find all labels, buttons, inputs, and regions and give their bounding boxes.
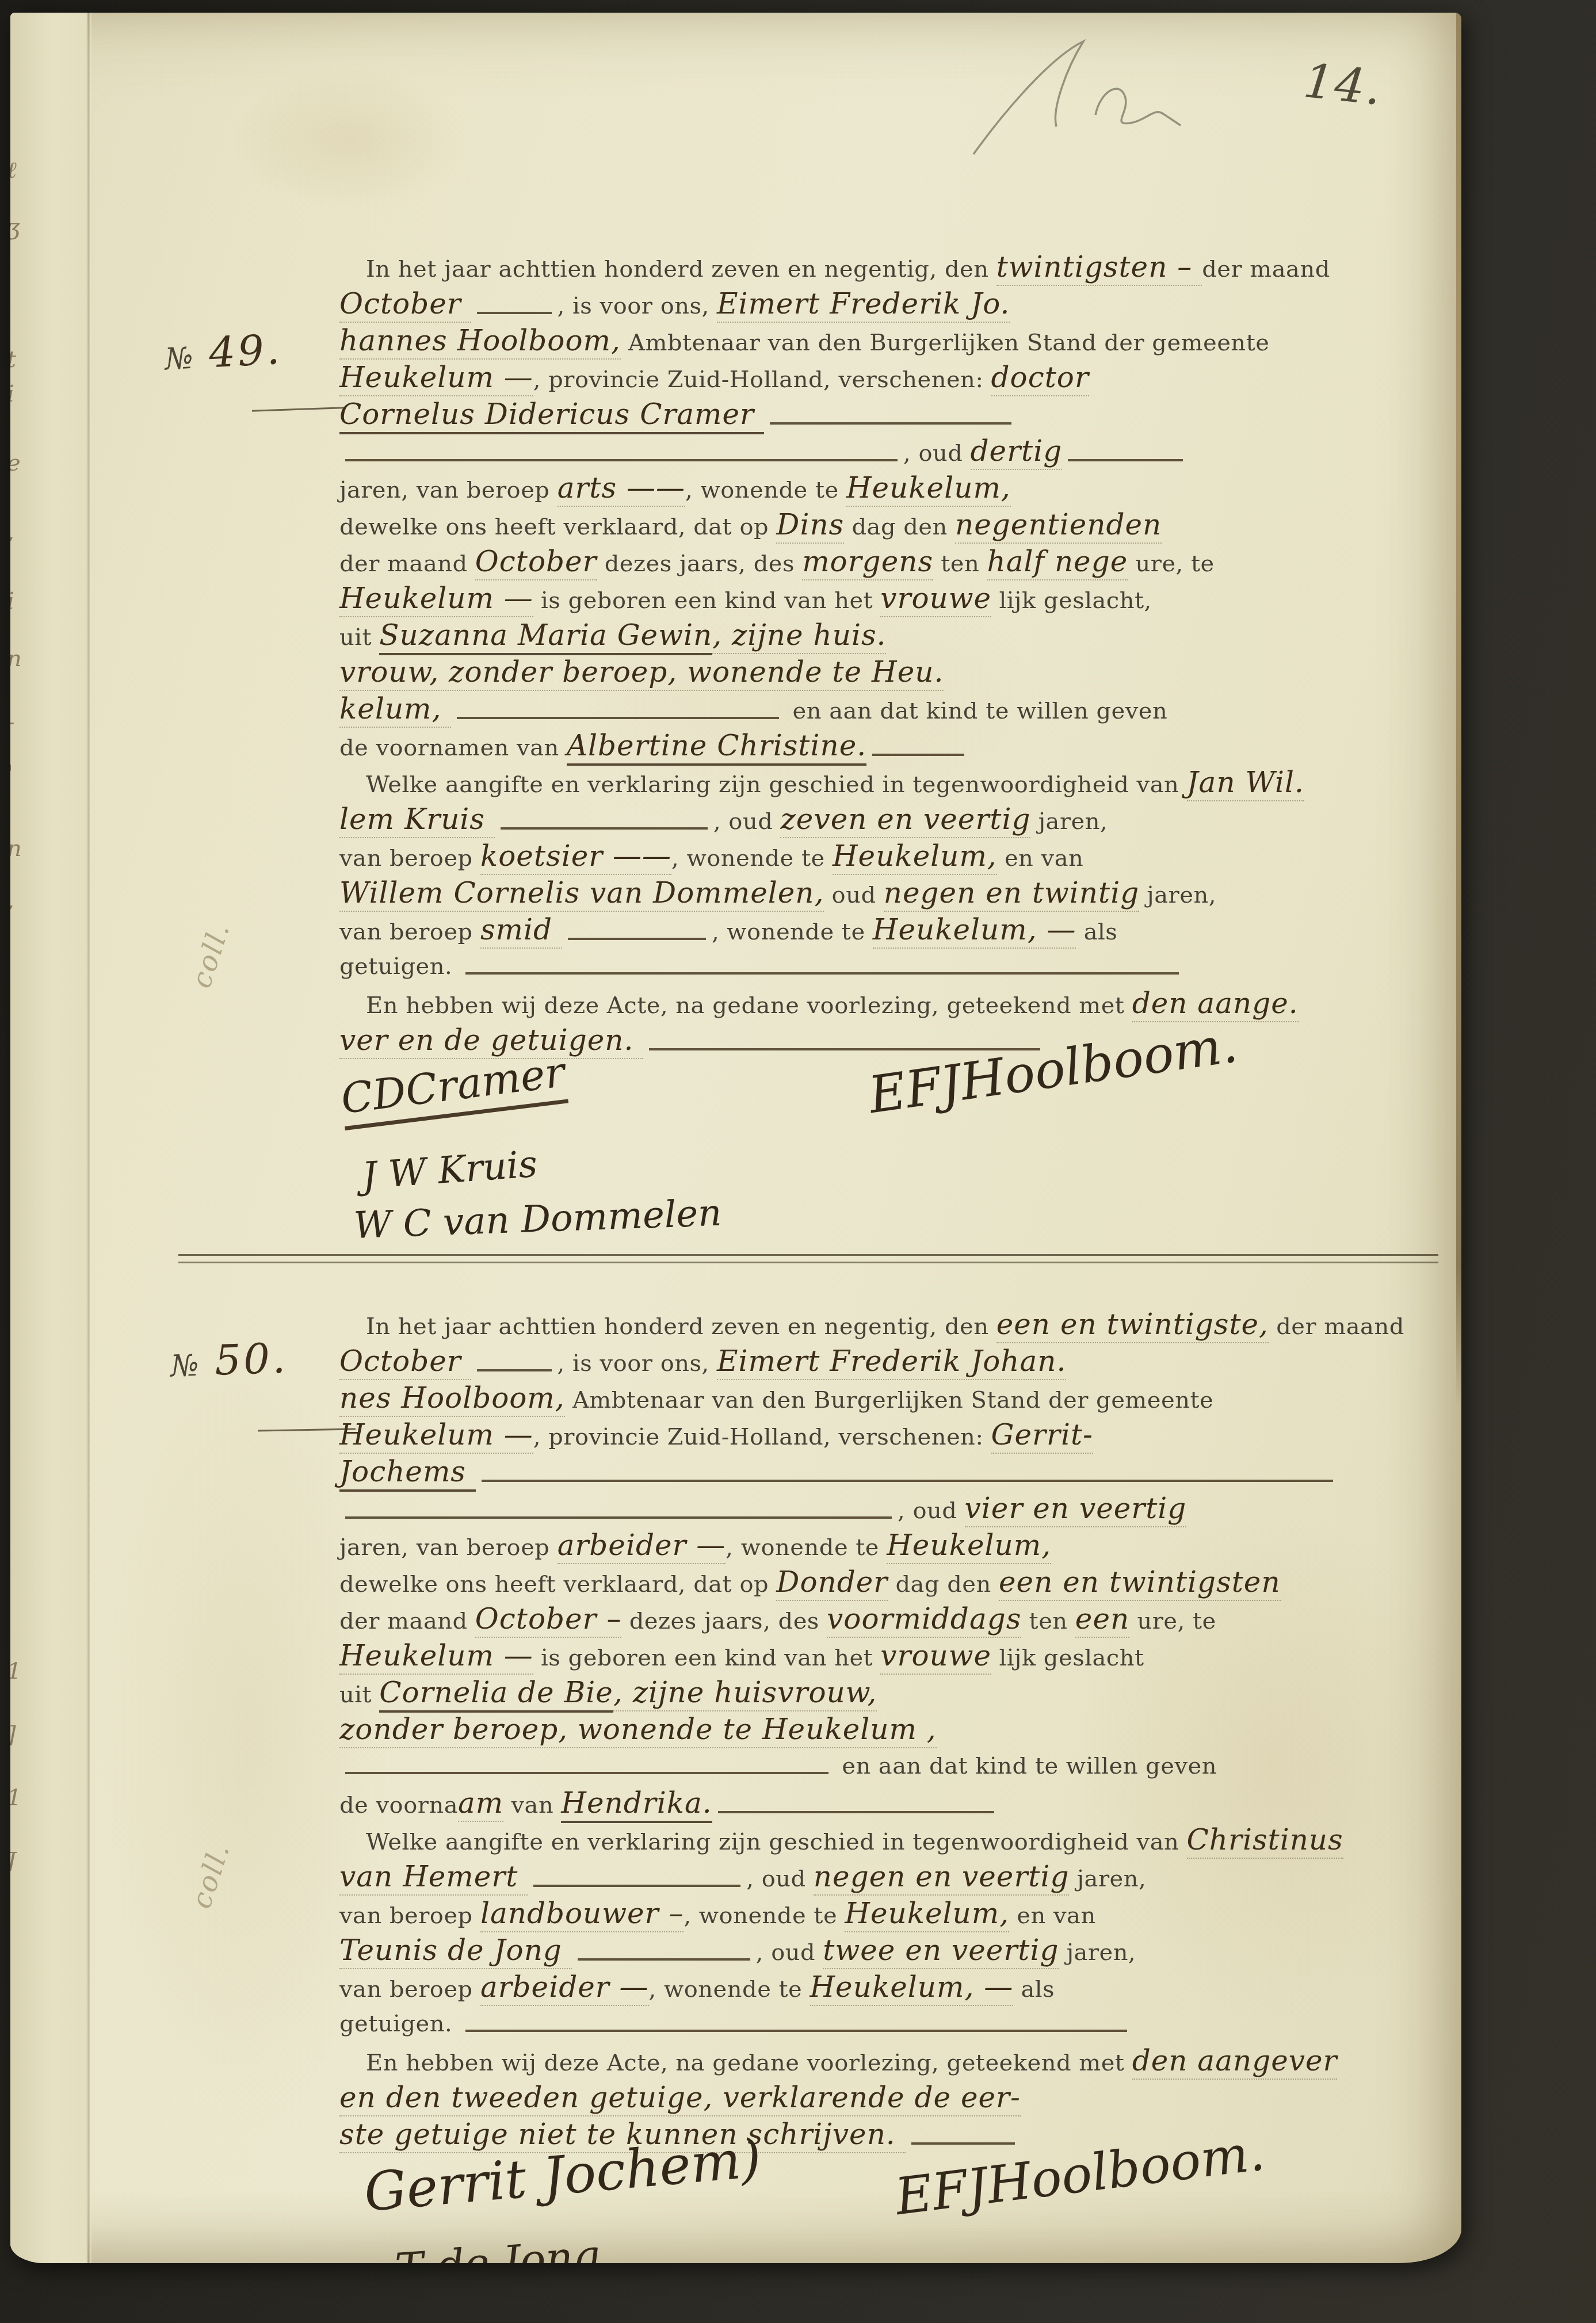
- cut-off-glyph: t: [10, 346, 16, 373]
- handwritten-text: October: [339, 1344, 471, 1380]
- cut-off-glyph: 1: [10, 1658, 21, 1684]
- printed-text: der maand: [1269, 1313, 1404, 1340]
- printed-text: ure, te: [1129, 1608, 1216, 1634]
- page-stack-edge: [1456, 13, 1461, 1408]
- act-text-line: getuigen.: [339, 2005, 1381, 2042]
- handwritten-text: negen en twintig: [884, 876, 1139, 912]
- printed-text: lijk geslacht,: [991, 587, 1152, 614]
- printed-text: ten: [933, 551, 987, 577]
- handwritten-text: October –: [475, 1602, 622, 1638]
- act-text-line: In het jaar achttien honderd zeven en ne…: [339, 249, 1381, 285]
- cut-off-glyph: J: [10, 1848, 16, 1874]
- printed-text: , oud: [756, 1939, 823, 1966]
- act-text-line: Teunis de Jong , oud twee en veertig jar…: [339, 1932, 1381, 1969]
- handwritten-text: half nege: [987, 545, 1128, 580]
- printed-text: getuigen.: [339, 2011, 460, 2037]
- printed-text: jaren, van beroep: [339, 1534, 558, 1561]
- act-text-line: van Hemert , oud negen en veertig jaren,: [339, 1858, 1381, 1895]
- printed-text: , provincie Zuid-Holland, verschenen:: [533, 366, 991, 393]
- printed-text: de voorna: [339, 1792, 458, 1818]
- handwritten-text: voormiddags: [827, 1602, 1021, 1638]
- handwritten-filler-stroke: [1068, 456, 1183, 461]
- handwritten-text: Heukelum,: [833, 839, 997, 875]
- printed-text: van beroep: [339, 919, 480, 945]
- handwritten-text: vrouw, zonder beroep, wonende te Heu.: [339, 655, 944, 691]
- act-text-line: van beroep arbeider —, wonende te Heukel…: [339, 1969, 1381, 2005]
- handwritten-text: koetsier ——: [480, 839, 671, 875]
- cut-off-glyph: ℓ: [10, 156, 17, 184]
- handwritten-text: Cornelia de Bie: [379, 1676, 613, 1713]
- act-text-line: In het jaar achttien honderd zeven en ne…: [339, 1306, 1381, 1343]
- signature: W C van Dommelen: [353, 1192, 722, 1247]
- printed-text: van beroep: [339, 1902, 480, 1929]
- act-number-49: №49.: [163, 325, 283, 380]
- act-text-line: En hebben wij deze Acte, na gedane voorl…: [339, 2042, 1381, 2079]
- act-text-line: Heukelum — is geboren een kind van het v…: [339, 580, 1381, 617]
- handwritten-text: Willem Cornelis van Dommelen,: [339, 876, 824, 912]
- printed-text: , wonende te: [685, 477, 846, 503]
- handwritten-text: twee en veertig: [823, 1934, 1059, 1969]
- handwritten-text: Suzanna Maria Gewin: [379, 618, 712, 655]
- printed-text: dezes jaars, des: [597, 551, 803, 577]
- handwritten-text: een: [1075, 1602, 1129, 1638]
- printed-text: , wonende te: [649, 1976, 810, 2003]
- handwritten-text: Dins: [776, 508, 844, 544]
- pencil-flourish-icon: [965, 29, 1230, 167]
- handwritten-text: Cornelus Didericus Cramer: [339, 398, 764, 434]
- act-text-line: en aan dat kind te willen geven: [339, 1748, 1381, 1785]
- handwritten-text: Teunis de Jong: [339, 1934, 572, 1969]
- act-number-value: 49.: [208, 325, 283, 377]
- printed-text: der maand: [1202, 256, 1330, 282]
- printed-text: In het jaar achttien honderd zeven en ne…: [366, 1313, 996, 1340]
- handwritten-text: een en twintigste,: [996, 1308, 1269, 1343]
- handwritten-text: en den tweeden getuige, verklarende de e…: [339, 2081, 1021, 2116]
- signature: T de Jong.: [394, 2230, 615, 2263]
- cut-off-glyph: ': [10, 761, 13, 787]
- margin-annotation-coll: coll.: [185, 1839, 236, 1912]
- printed-text: als: [1076, 919, 1117, 945]
- act-text-line: Jochems: [339, 1453, 1381, 1490]
- act-text-line: uit Suzanna Maria Gewin, zijne huis.: [339, 617, 1381, 654]
- signature: CDCramer: [338, 1048, 568, 1130]
- printed-text: en van: [1009, 1902, 1096, 1929]
- handwritten-text: Heukelum, —: [873, 913, 1076, 949]
- act-text-line: Cornelus Didericus Cramer: [339, 396, 1381, 433]
- act-text-line: der maand October dezes jaars, des morge…: [339, 543, 1381, 580]
- printed-text: , wonende te: [726, 1534, 887, 1561]
- printed-text: dewelke ons heeft verklaard, dat op: [339, 514, 776, 540]
- printed-text: en van: [997, 845, 1084, 872]
- printed-text: der maand: [339, 1608, 475, 1634]
- signature: J W Kruis: [361, 1143, 539, 1198]
- printed-text: van beroep: [339, 845, 480, 872]
- act-text-line: hannes Hoolboom, Ambtenaar van den Burge…: [339, 322, 1381, 359]
- handwritten-text: Heukelum —: [339, 1639, 533, 1675]
- cut-off-glyph: ,: [10, 887, 14, 914]
- handwritten-text: dertig: [971, 434, 1063, 470]
- act-number-50: №50.: [170, 1334, 289, 1386]
- printed-text: getuigen.: [339, 953, 460, 980]
- handwritten-text: Heukelum, —: [810, 1970, 1014, 2006]
- handwritten-text: kelum,: [339, 692, 451, 728]
- printed-text: oud: [824, 882, 883, 908]
- printed-text: is geboren een kind van het: [533, 587, 881, 614]
- act-text-line: October , is voor ons, Eimert Frederik J…: [339, 285, 1381, 322]
- printed-text: en aan dat kind te willen geven: [834, 1753, 1217, 1779]
- handwritten-text: zonder beroep, wonende te Heukelum ,: [339, 1713, 937, 1748]
- printed-text: En hebben wij deze Acte, na gedane voorl…: [366, 2050, 1132, 2076]
- handwritten-text: Gerrit-: [991, 1418, 1093, 1454]
- handwritten-text: landbouwer –: [480, 1897, 684, 1932]
- act-text-line: jaren, van beroep arbeider —, wonende te…: [339, 1527, 1381, 1564]
- act-text-line: dewelke ons heeft verklaard, dat op Dond…: [339, 1564, 1381, 1600]
- act-text-line: van beroep koetsier ——, wonende te Heuke…: [339, 838, 1381, 874]
- act-text-line: dewelke ons heeft verklaard, dat op Dins…: [339, 506, 1381, 543]
- printed-text: ure, te: [1128, 551, 1214, 577]
- act-text-line: Willem Cornelis van Dommelen, oud negen …: [339, 874, 1381, 911]
- cut-off-glyph: ,: [10, 519, 14, 545]
- handwritten-filler-stroke: [477, 1366, 552, 1371]
- cut-off-glyph: ]: [10, 1721, 16, 1748]
- handwritten-filler-stroke: [770, 419, 1011, 425]
- printed-text: En hebben wij deze Acte, na gedane voorl…: [366, 992, 1132, 1019]
- cut-off-glyph: -: [10, 709, 15, 735]
- handwritten-text: Heukelum,: [845, 1897, 1009, 1932]
- handwritten-text: arts ——: [558, 471, 685, 507]
- margin-annotation-coll: coll.: [185, 918, 236, 992]
- act-text-line: Heukelum —, provincie Zuid-Holland, vers…: [339, 359, 1381, 396]
- printed-text: jaren,: [1069, 1866, 1146, 1892]
- printed-text: en aan dat kind te willen geven: [785, 698, 1167, 724]
- handwritten-text: negentienden: [955, 508, 1162, 544]
- handwritten-filler-stroke: [477, 308, 552, 314]
- birth-act-50-text: In het jaar achttien honderd zeven en ne…: [339, 1306, 1381, 2153]
- handwritten-text: Jan Wil.: [1187, 766, 1304, 801]
- cut-off-glyph: n: [10, 645, 22, 672]
- printed-text: dezes jaars, des: [621, 1608, 827, 1634]
- act-divider-rule: [178, 1254, 1438, 1263]
- act-number-label: №: [170, 1348, 199, 1384]
- act-text-line: zonder beroep, wonende te Heukelum ,: [339, 1711, 1381, 1748]
- handwritten-text: October: [475, 545, 597, 580]
- printed-text: , oud: [713, 808, 781, 835]
- printed-text: In het jaar achttien honderd zeven en ne…: [366, 256, 996, 282]
- handwritten-text: ver en de getuigen.: [339, 1023, 643, 1059]
- act-text-line: Welke aangifte en verklaring zijn geschi…: [339, 764, 1381, 801]
- handwritten-filler-stroke: [501, 824, 708, 830]
- handwritten-text: October: [339, 287, 471, 323]
- handwritten-filler-stroke: [465, 2026, 1127, 2032]
- handwritten-text: nes Hoolboom,: [339, 1381, 565, 1417]
- handwritten-text: Heukelum —: [339, 1418, 533, 1454]
- printed-text: van: [503, 1792, 561, 1818]
- handwritten-text: Heukelum —: [339, 582, 533, 617]
- printed-text: , oud: [898, 1497, 965, 1524]
- handwritten-filler-stroke: [457, 713, 779, 719]
- register-page: ℓʒtie,in-'n,1]1J 14. №49. coll. In het j…: [10, 13, 1461, 2263]
- previous-page-edge: [10, 13, 87, 2263]
- handwritten-filler-stroke: [718, 1808, 994, 1813]
- act-text-line: Welke aangifte en verklaring zijn geschi…: [339, 1821, 1381, 1858]
- handwritten-filler-stroke: [345, 1768, 828, 1774]
- act-text-line: van beroep smid , wonende te Heukelum, —…: [339, 911, 1381, 948]
- handwritten-text: twintigsten –: [996, 250, 1202, 286]
- printed-text: uit: [339, 624, 379, 651]
- handwritten-text: lem Kruis: [339, 803, 495, 838]
- printed-text: , is voor ons,: [558, 1350, 717, 1377]
- printed-text: als: [1013, 1976, 1055, 2003]
- printed-text: , wonende te: [671, 845, 833, 872]
- handwritten-text: Jochems: [339, 1455, 476, 1492]
- handwritten-filler-stroke: [482, 1476, 1333, 1482]
- act-text-line: Heukelum —, provincie Zuid-Holland, vers…: [339, 1416, 1381, 1453]
- printed-text: van beroep: [339, 1976, 480, 2003]
- handwritten-filler-stroke: [872, 750, 964, 756]
- handwritten-text: een en twintigsten: [999, 1565, 1281, 1601]
- act-text-line: der maand October – dezes jaars, des voo…: [339, 1600, 1381, 1637]
- printed-text: Ambtenaar van den Burgerlijken Stand der…: [621, 330, 1269, 356]
- printed-text: Ambtenaar van den Burgerlijken Stand der…: [565, 1387, 1213, 1413]
- act-text-line: Heukelum — is geboren een kind van het v…: [339, 1637, 1381, 1674]
- page-number: 14.: [1301, 54, 1385, 116]
- handwritten-text: , zijne huis.: [712, 618, 886, 654]
- printed-text: , provincie Zuid-Holland, verschenen:: [533, 1424, 991, 1450]
- handwritten-text: am: [458, 1786, 503, 1822]
- handwritten-text: Heukelum —: [339, 361, 533, 396]
- act-text-line: jaren, van beroep arts ——, wonende te He…: [339, 469, 1381, 506]
- handwritten-text: doctor: [991, 361, 1089, 396]
- handwritten-text: den aangever: [1132, 2044, 1338, 2080]
- handwritten-filler-stroke: [578, 1955, 750, 1961]
- handwritten-filler-stroke: [911, 2139, 1015, 2145]
- act-number-value: 50.: [214, 1334, 288, 1384]
- act-text-line: de voornamen van Albertine Christine.: [339, 727, 1381, 764]
- printed-text: Welke aangifte en verklaring zijn geschi…: [366, 771, 1187, 798]
- binding-crease: [86, 13, 92, 2263]
- handwritten-filler-stroke: [345, 1513, 892, 1519]
- handwritten-text: Albertine Christine.: [567, 729, 866, 766]
- cut-off-glyph: i: [10, 588, 14, 614]
- birth-act-49-text: In het jaar achttien honderd zeven en ne…: [339, 249, 1381, 1059]
- handwritten-filler-stroke: [533, 1881, 740, 1887]
- printed-text: der maand: [339, 551, 475, 577]
- printed-text: jaren,: [1059, 1939, 1136, 1966]
- handwritten-text: Heukelum,: [846, 471, 1011, 507]
- act-text-line: en den tweeden getuige, verklarende de e…: [339, 2079, 1381, 2116]
- handwritten-text: Donder: [776, 1565, 888, 1601]
- cut-off-glyph: ʒ: [10, 214, 20, 240]
- act-text-line: vrouw, zonder beroep, wonende te Heu.: [339, 654, 1381, 690]
- act-text-line: kelum, en aan dat kind te willen geven: [339, 690, 1381, 727]
- printed-text: , oud: [903, 440, 971, 467]
- printed-text: is geboren een kind van het: [533, 1645, 881, 1671]
- handwritten-text: morgens: [802, 545, 933, 580]
- photo-background: ℓʒtie,in-'n,1]1J 14. №49. coll. In het j…: [0, 0, 1596, 2323]
- handwritten-text: smid: [480, 913, 562, 949]
- cut-off-glyph: 1: [10, 1785, 21, 1811]
- printed-text: jaren,: [1139, 882, 1216, 908]
- handwritten-text: Christinus: [1187, 1823, 1343, 1859]
- printed-text: ten: [1021, 1608, 1075, 1634]
- cut-off-glyph: i: [10, 381, 14, 407]
- act-text-line: October , is voor ons, Eimert Frederik J…: [339, 1343, 1381, 1380]
- handwritten-text: Heukelum,: [887, 1529, 1051, 1564]
- paper-stain: [229, 64, 471, 214]
- printed-text: dag den: [844, 514, 955, 540]
- printed-text: , wonende te: [684, 1902, 845, 1929]
- handwritten-filler-stroke: [568, 934, 706, 940]
- act-number-label: №: [164, 341, 194, 377]
- printed-text: uit: [339, 1682, 379, 1708]
- handwritten-text: , zijne huisvrouw,: [613, 1676, 877, 1711]
- act-text-line: , oud vier en veertig: [339, 1490, 1381, 1527]
- handwritten-text: vrouwe: [880, 1639, 991, 1675]
- act-text-line: uit Cornelia de Bie, zijne huisvrouw,: [339, 1674, 1381, 1711]
- printed-text: de voornamen van: [339, 735, 567, 761]
- printed-text: lijk geslacht: [991, 1645, 1144, 1671]
- act-text-line: getuigen.: [339, 948, 1381, 985]
- handwritten-text: hannes Hoolboom,: [339, 324, 621, 360]
- cut-off-glyph: e: [10, 450, 21, 476]
- printed-text: dag den: [888, 1571, 999, 1598]
- act-text-line: , oud dertig: [339, 433, 1381, 469]
- act-text-line: lem Kruis , oud zeven en veertig jaren,: [339, 801, 1381, 838]
- handwritten-text: Eimert Frederik Johan.: [717, 1344, 1067, 1380]
- printed-text: jaren,: [1030, 808, 1108, 835]
- handwritten-text: arbeider —: [558, 1529, 726, 1564]
- printed-text: Welke aangifte en verklaring zijn geschi…: [366, 1829, 1187, 1855]
- act-number-underline: [252, 407, 344, 412]
- handwritten-text: arbeider —: [480, 1970, 649, 2006]
- handwritten-filler-stroke: [345, 456, 898, 461]
- handwritten-filler-stroke: [465, 969, 1179, 975]
- handwritten-text: Eimert Frederik Jo.: [717, 287, 1010, 323]
- act-text-line: de voornaam van Hendrika.: [339, 1785, 1381, 1821]
- handwritten-text: Hendrika.: [561, 1786, 712, 1823]
- printed-text: dewelke ons heeft verklaard, dat op: [339, 1571, 776, 1598]
- handwritten-text: zeven en veertig: [780, 803, 1030, 838]
- handwritten-text: vrouwe: [880, 582, 991, 617]
- handwritten-text: negen en veertig: [814, 1860, 1070, 1896]
- act-text-line: van beroep landbouwer –, wonende te Heuk…: [339, 1895, 1381, 1932]
- printed-text: jaren, van beroep: [339, 477, 558, 503]
- printed-text: , is voor ons,: [558, 293, 717, 319]
- handwritten-text: van Hemert: [339, 1860, 528, 1896]
- cut-off-glyph: n: [10, 835, 22, 862]
- act-text-line: nes Hoolboom, Ambtenaar van den Burgerli…: [339, 1380, 1381, 1416]
- printed-text: , wonende te: [712, 919, 873, 945]
- printed-text: , oud: [746, 1866, 814, 1892]
- handwritten-text: vier en veertig: [965, 1492, 1187, 1527]
